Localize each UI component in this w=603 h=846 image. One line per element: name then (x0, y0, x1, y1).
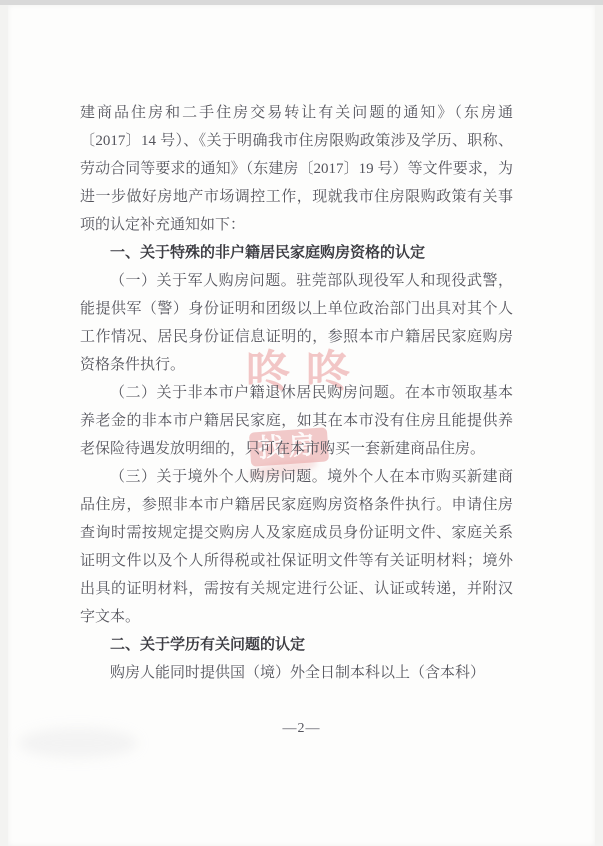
paragraph-retired-nonlocal-buyers: （二）关于非本市户籍退休居民购房问题。在本市领取基本养老金的非本市户籍居民家庭，… (80, 379, 513, 463)
scanned-document-page: 咚咚 找房 建商品住房和二手住房交易转让有关问题的通知》（东房通〔2017〕14… (0, 0, 603, 846)
paragraph-military-buyers: （一）关于军人购房问题。驻莞部队现役军人和现役武警，能提供军（警）身份证明和团级… (80, 267, 513, 379)
paragraph-education-qualification: 购房人能同时提供国（境）外全日制本科以上（含本科） (80, 659, 513, 687)
paragraph-continuation: 建商品住房和二手住房交易转让有关问题的通知》（东房通〔2017〕14 号）、《关… (80, 99, 513, 239)
section-heading-2: 二、关于学历有关问题的认定 (80, 631, 513, 659)
paragraph-overseas-buyers: （三）关于境外个人购房问题。境外个人在本市购买新建商品住房，参照非本市户籍居民家… (80, 463, 513, 631)
document-text-column: 建商品住房和二手住房交易转让有关问题的通知》（东房通〔2017〕14 号）、《关… (80, 99, 513, 687)
page-number: —2— (0, 719, 603, 739)
section-heading-1: 一、关于特殊的非户籍居民家庭购房资格的认定 (80, 239, 513, 267)
